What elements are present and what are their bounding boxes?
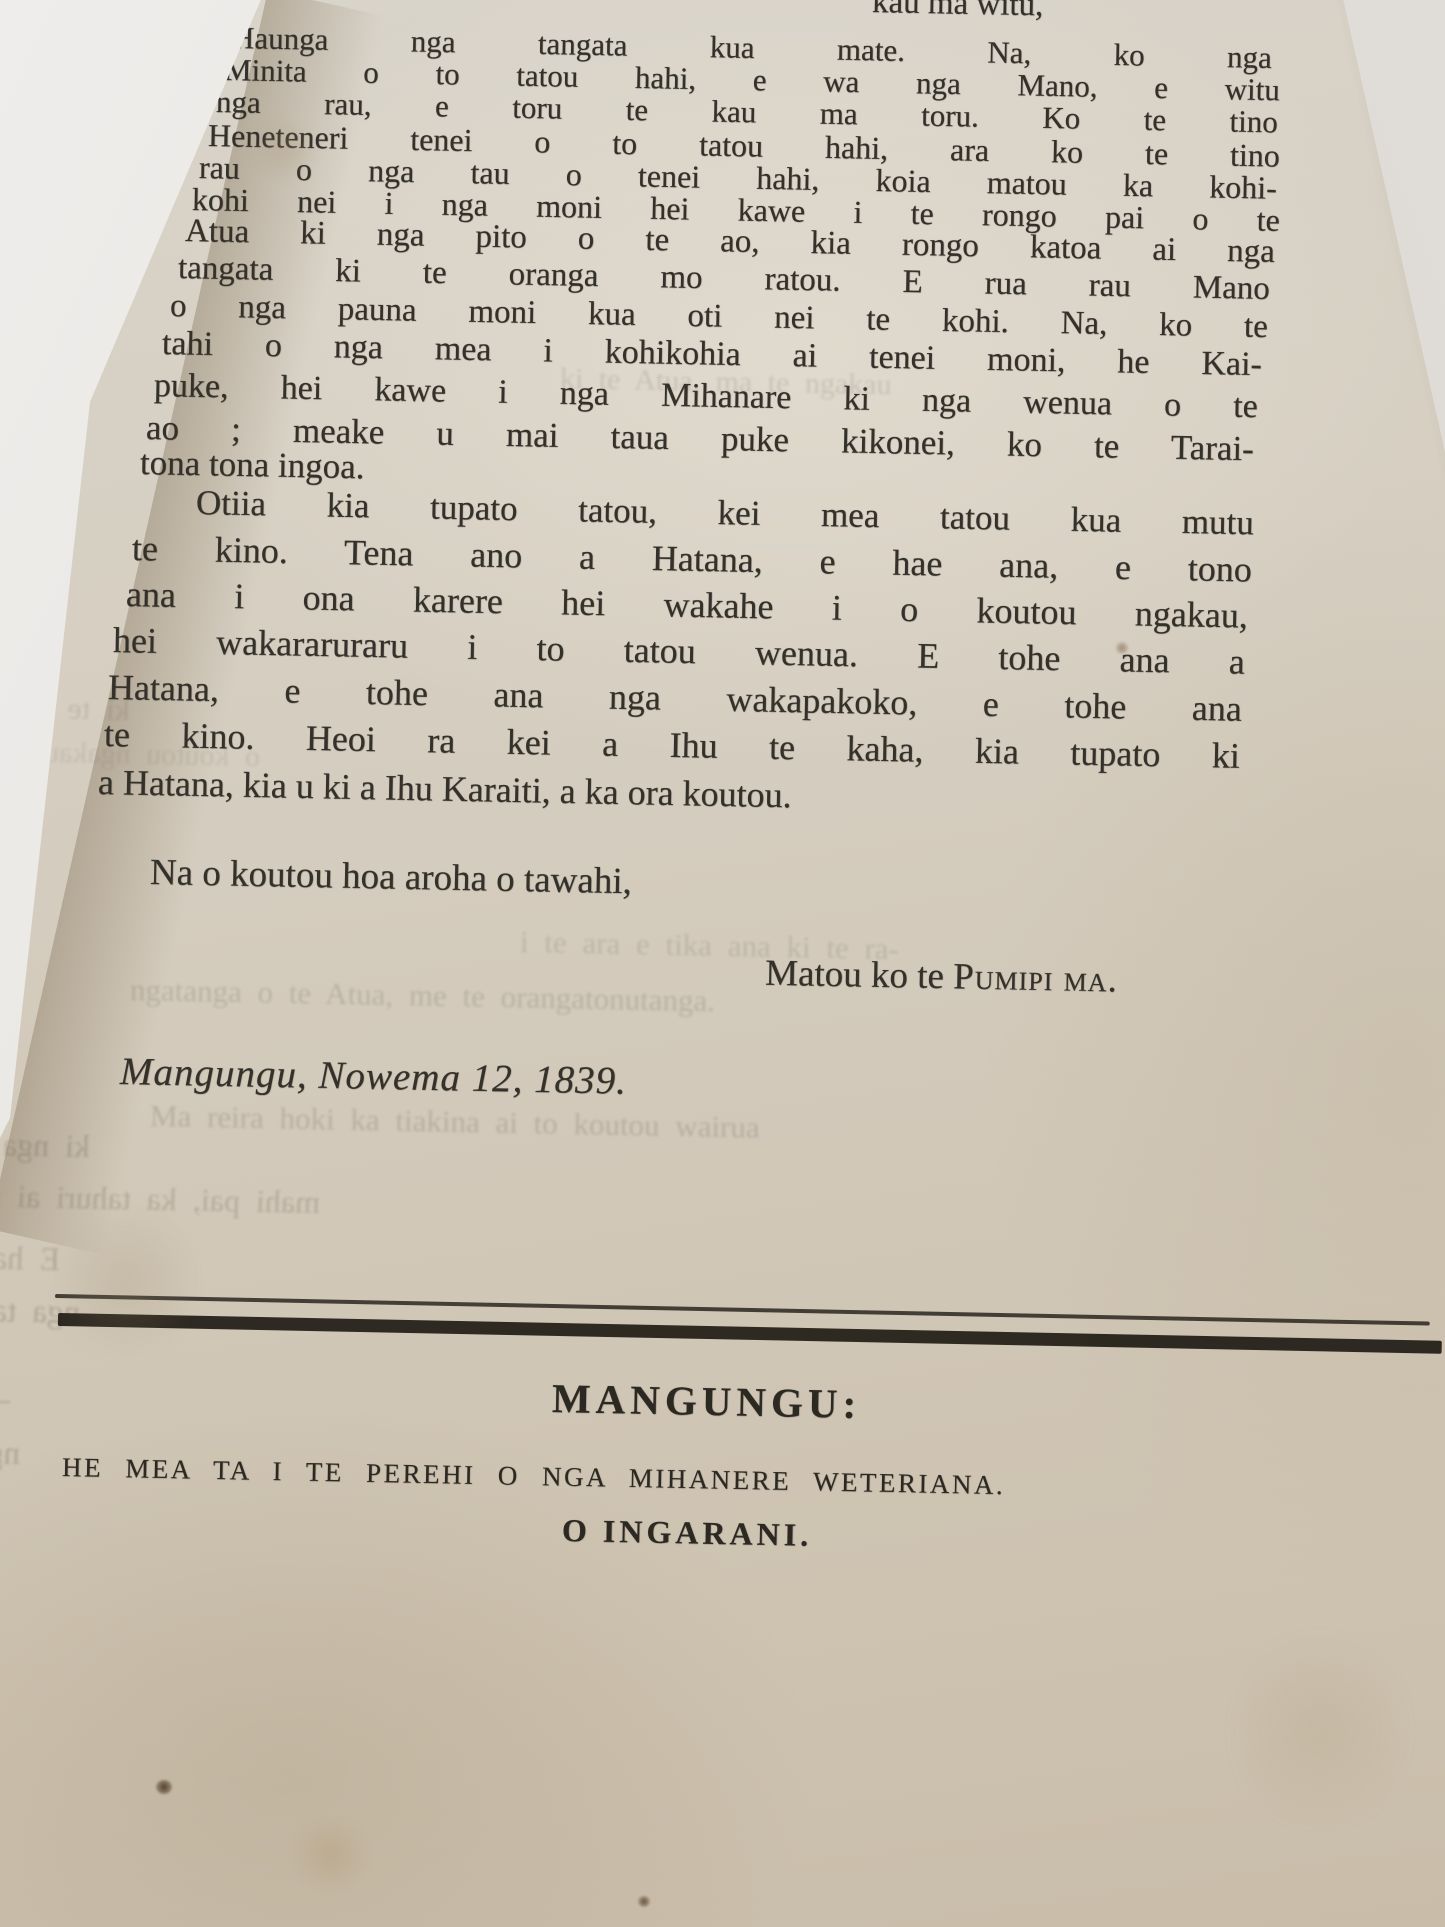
paper-stain (1240, 1620, 1400, 1840)
closing-salutation: Na o koutou hoa aroha o tawahi, (150, 852, 633, 904)
imprint-printer: HE MEA TA I TE PEREHI O NGA MIHANERE WET… (62, 1452, 1006, 1501)
ink-spot (156, 1780, 172, 1794)
photo-canvas: ki te Atua, ma te ngakau ki te Atua, kia… (0, 0, 1445, 1927)
imprint-place: MANGUNGU: (552, 1374, 862, 1428)
book-page: ki te Atua, ma te ngakau ki te Atua, kia… (0, 0, 1445, 1927)
bleedthrough-line: ngata o tenei tau, hira ke atu i nga tan… (0, 1410, 20, 1473)
closing-dateline: Mangungu, Nowema 12, 1839. (120, 1050, 628, 1105)
body-line-partial: kau ma witu, (872, 0, 1044, 25)
body-line: tona tona ingoa. (140, 443, 365, 488)
imprint-country: O INGARANI. (562, 1512, 813, 1554)
signature-name: Pumipi ma. (953, 956, 1118, 1000)
bleedthrough-line: Ma reira hoki ka tiakina ai to koutou wa… (150, 1098, 760, 1146)
ink-spot (638, 1896, 650, 1907)
paper-stain (285, 1820, 375, 1890)
bleedthrough-line: —E rima mano, ko tahi rau, e toru te kau… (0, 1355, 10, 1419)
signature-prefix: Matou ko te (765, 953, 954, 998)
